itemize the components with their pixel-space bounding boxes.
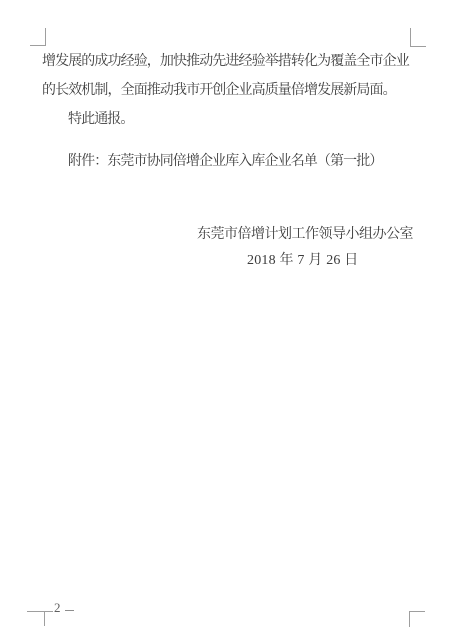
- crop-mark-bottom-left-horizontal: [27, 611, 53, 612]
- attachment-line: 附件：东莞市协同倍增企业库入库企业名单（第一批）: [68, 153, 382, 170]
- crop-mark-top-right-horizontal: [410, 46, 426, 47]
- crop-mark-top-left-vertical: [45, 28, 46, 46]
- paragraph-line: 增发展的成功经验，加快推动先进经验举措转化为覆盖全市企业: [42, 53, 409, 70]
- page-number: 2: [54, 600, 61, 615]
- crop-mark-top-right-vertical: [410, 28, 411, 47]
- crop-mark-bottom-right-vertical: [409, 611, 410, 627]
- date-line: 2018 年 7 月 26 日: [247, 252, 359, 269]
- paragraph-line: 的长效机制，全面推动我市开创企业高质量倍增发展新局面。: [42, 82, 396, 99]
- signature-line: 东莞市倍增计划工作领导小组办公室: [197, 226, 413, 243]
- crop-mark-bottom-right-horizontal: [409, 611, 425, 612]
- closing-line: 特此通报。: [68, 111, 134, 128]
- document-page: 增发展的成功经验，加快推动先进经验举措转化为覆盖全市企业 的长效机制，全面推动我…: [0, 0, 466, 630]
- page-number-dash: [65, 610, 74, 611]
- crop-mark-top-left-horizontal: [30, 45, 46, 46]
- crop-mark-bottom-left-vertical: [44, 611, 45, 626]
